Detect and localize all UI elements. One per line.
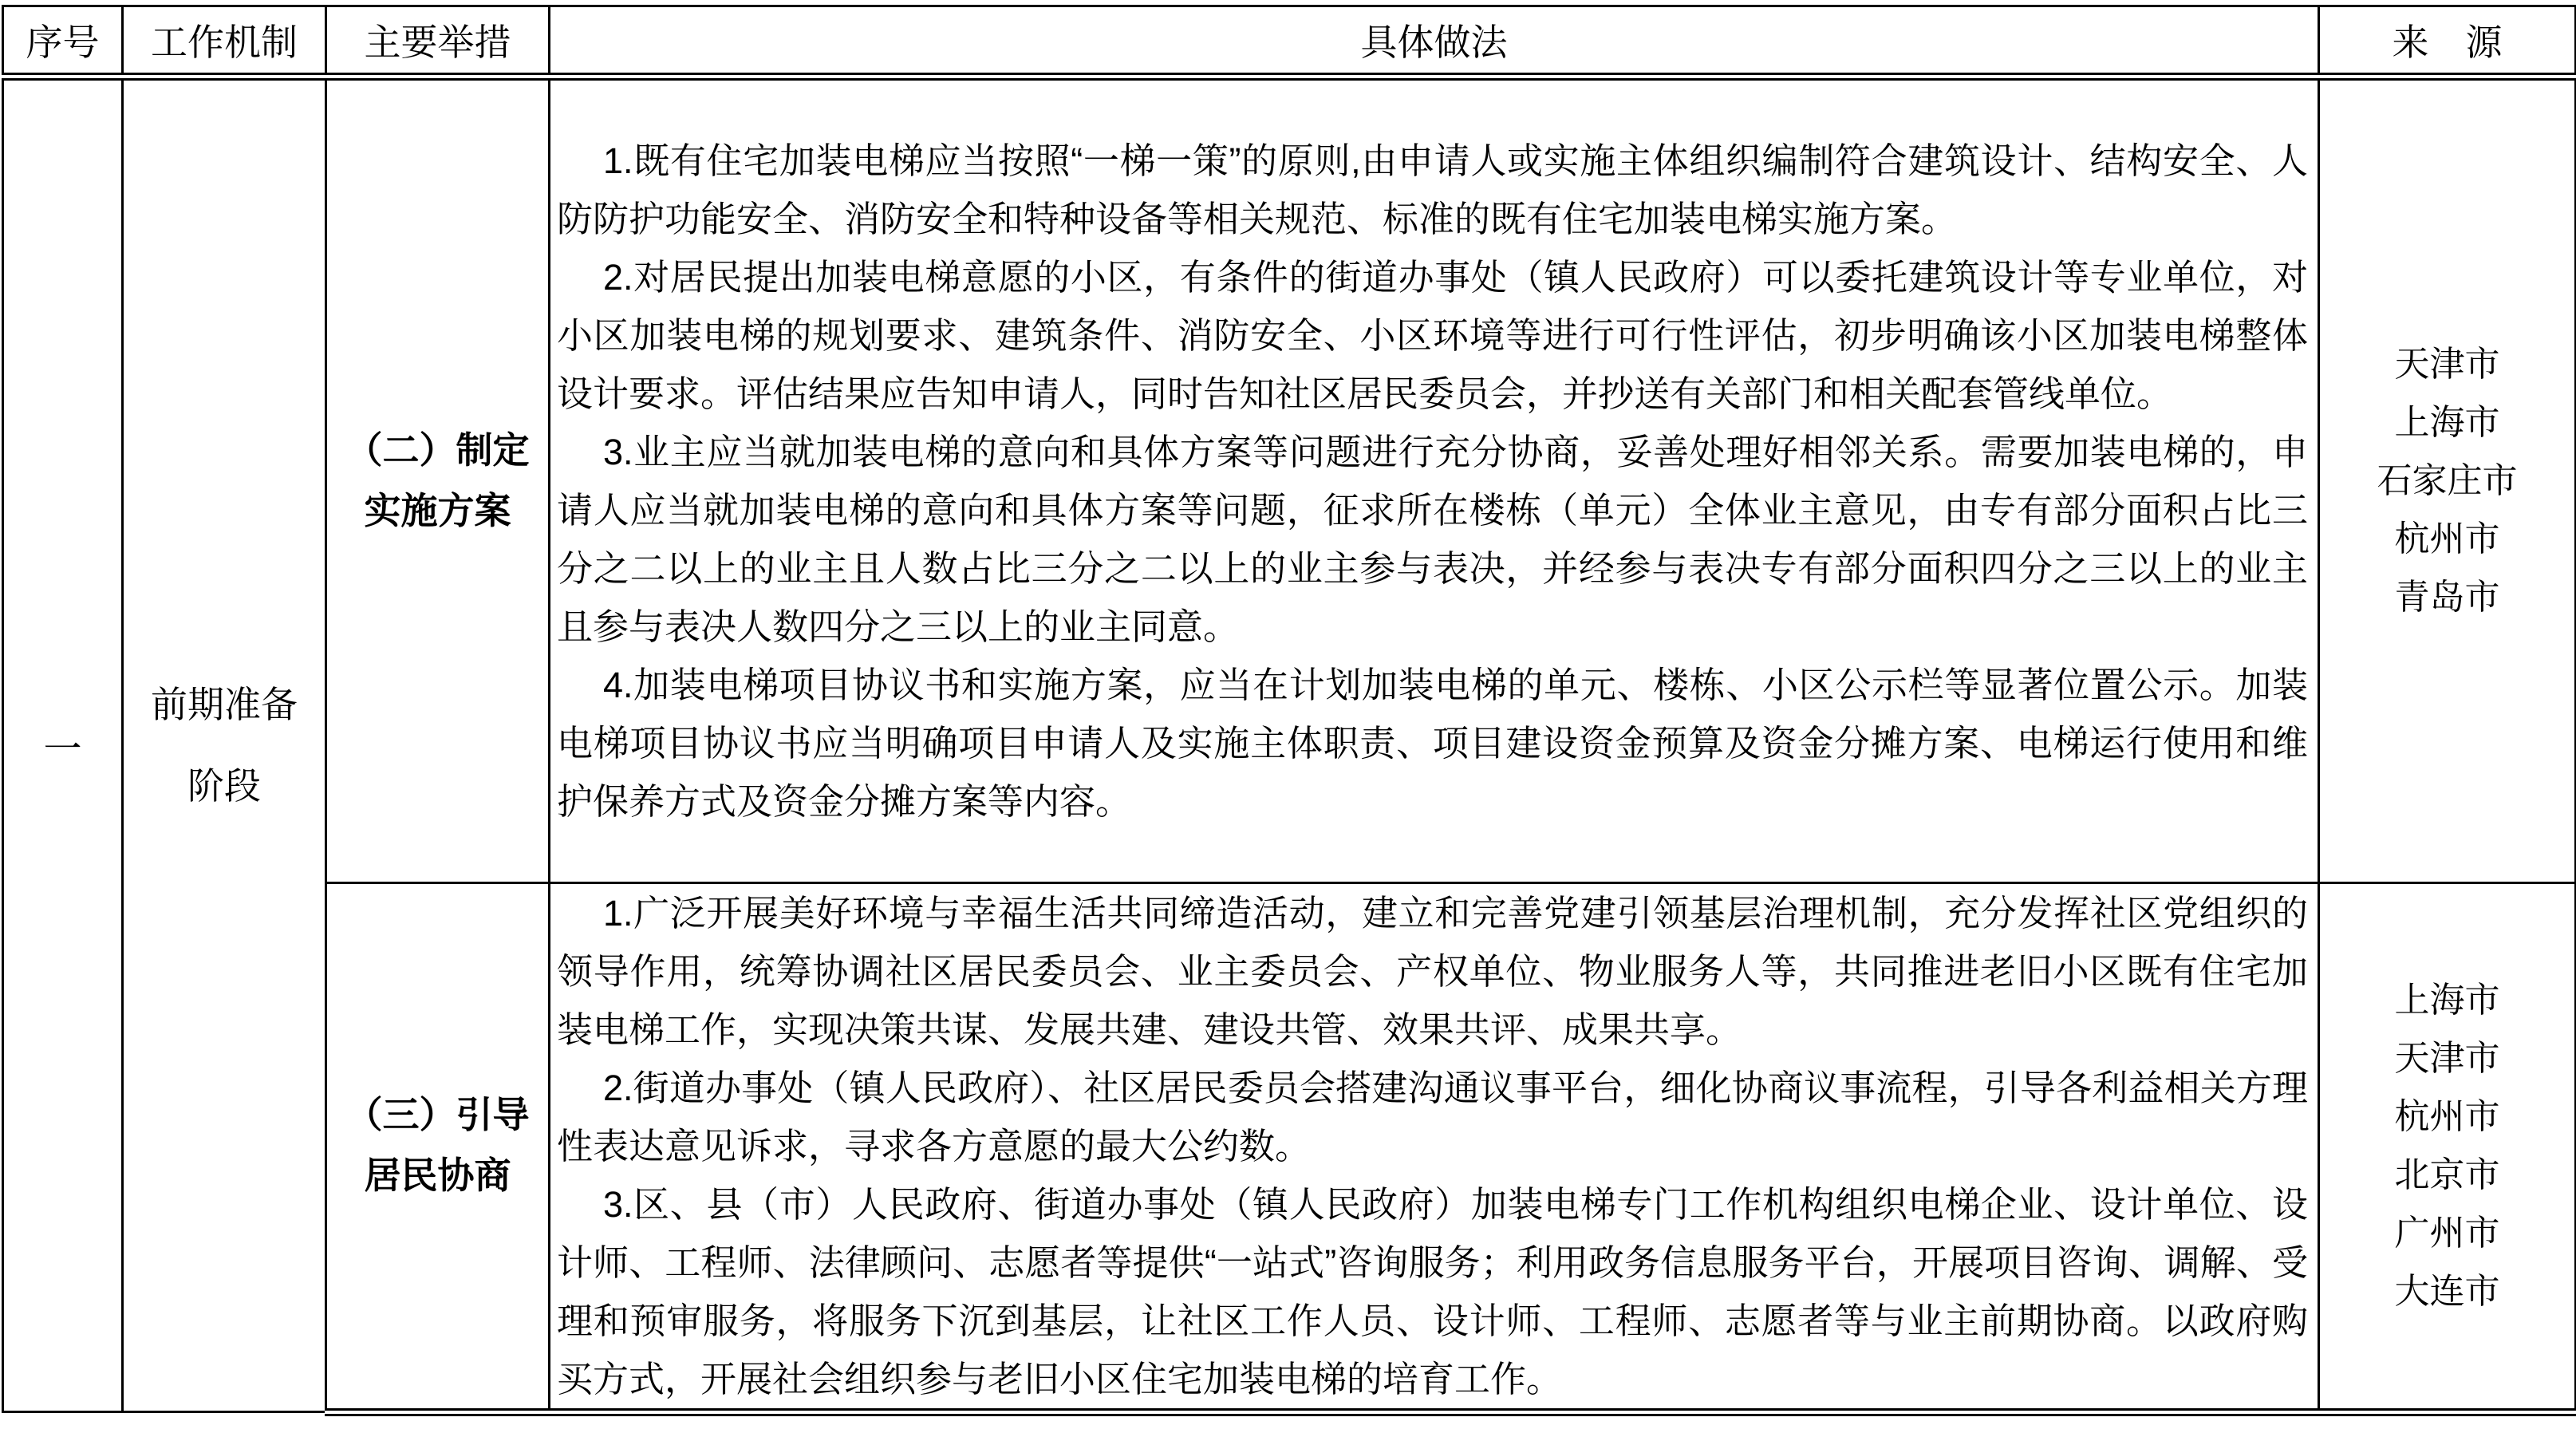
serial-number-cell: 一 [3,77,123,1412]
header-measure: 主要举措 [326,6,550,77]
header-serial: 序号 [3,6,123,77]
practice-paragraph: 2.街道办事处（镇人民政府）、社区居民委员会搭建沟通议事平台，细化协商议事流程，… [557,1059,2308,1175]
header-mechanism: 工作机制 [123,6,326,77]
policy-table: 序号 工作机制 主要举措 具体做法 来 源 一 前期准备 阶段 （二）制定 实施… [2,5,2576,1416]
table-row-2: （三）引导 居民协商 1.广泛开展美好环境与幸福生活共同缔造活动，建立和完善党建… [3,882,2576,1412]
practice-paragraph: 1.既有住宅加装电梯应当按照“一梯一策”的原则,由申请人或实施主体组织编制符合建… [557,132,2308,248]
practice-paragraph: 4.加装电梯项目协议书和实施方案，应当在计划加装电梯的单元、楼栋、小区公示栏等显… [557,656,2308,831]
practice-paragraph: 3.区、县（市）人民政府、街道办事处（镇人民政府）加装电梯专门工作机构组织电梯企… [557,1175,2308,1408]
source-cell-2: 上海市 天津市 杭州市 北京市 广州市 大连市 [2319,882,2576,1412]
work-mechanism-cell: 前期准备 阶段 [123,77,326,1412]
practices-cell-2: 1.广泛开展美好环境与幸福生活共同缔造活动，建立和完善党建引领基层治理机制，充分… [550,882,2319,1412]
practice-paragraph: 2.对居民提出加装电梯意愿的小区，有条件的街道办事处（镇人民政府）可以委托建筑设… [557,248,2308,423]
header-source: 来 源 [2319,6,2576,77]
measure-cell-2: （三）引导 居民协商 [326,882,550,1412]
practice-paragraph: 3.业主应当就加装电梯的意向和具体方案等问题进行充分协商，妥善处理好相邻关系。需… [557,423,2308,656]
practices-cell-1: 1.既有住宅加装电梯应当按照“一梯一策”的原则,由申请人或实施主体组织编制符合建… [550,77,2319,882]
source-cell-1: 天津市 上海市 石家庄市 杭州市 青岛市 [2319,77,2576,882]
practice-paragraph: 1.广泛开展美好环境与幸福生活共同缔造活动，建立和完善党建引领基层治理机制，充分… [557,884,2308,1059]
table-row-1: 一 前期准备 阶段 （二）制定 实施方案 1.既有住宅加装电梯应当按照“一梯一策… [3,77,2576,882]
header-practices: 具体做法 [550,6,2319,77]
measure-cell-1: （二）制定 实施方案 [326,77,550,882]
table-header-row: 序号 工作机制 主要举措 具体做法 来 源 [3,6,2576,77]
